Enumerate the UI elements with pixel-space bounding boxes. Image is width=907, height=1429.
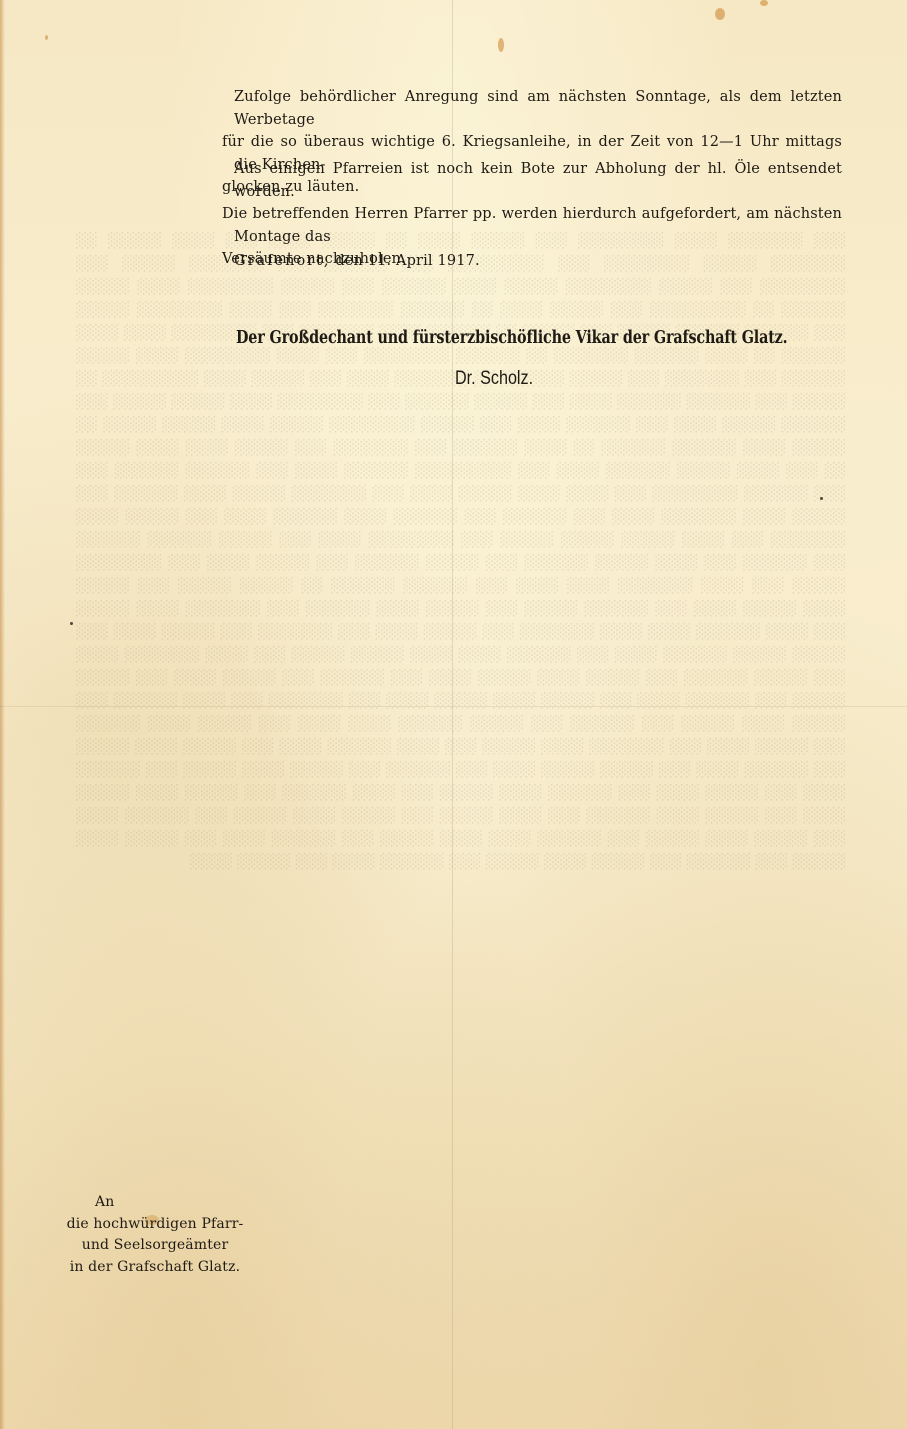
foxing-spot: [498, 38, 504, 52]
foxing-spot: [820, 497, 823, 500]
horizontal-fold-line: [0, 706, 907, 707]
foxing-spot: [70, 622, 73, 625]
foxing-spot: [715, 8, 725, 20]
paragraph-line: Aus einigen Pfarreien ist noch kein Bote…: [234, 161, 842, 200]
foxing-spot: [760, 0, 768, 6]
paper-edge-stain: [0, 0, 5, 1429]
addressee-block: An die hochwürdigen Pfarr- und Seelsorge…: [50, 1192, 260, 1278]
paragraph-line: Zufolge behördlicher Anregung sind am nä…: [234, 89, 842, 128]
addressee-line: An: [50, 1192, 260, 1214]
addressee-line: in der Grafschaft Glatz.: [50, 1257, 260, 1279]
paragraph-line: Die betreffenden Herren Pfarrer pp. werd…: [222, 206, 842, 245]
dateline-date: den 11. April 1917.: [335, 253, 479, 269]
addressee-line: und Seelsorgeämter: [50, 1235, 260, 1257]
dateline: Grafenort, den 11. April 1917.: [234, 253, 480, 269]
sender-title: Der Großdechant und fürsterzbischöfliche…: [236, 328, 781, 348]
dateline-place: Grafenort,: [234, 253, 331, 269]
signature: Dr. Scholz.: [455, 368, 533, 390]
addressee-line: die hochwürdigen Pfarr-: [50, 1214, 260, 1236]
foxing-spot: [45, 35, 48, 40]
